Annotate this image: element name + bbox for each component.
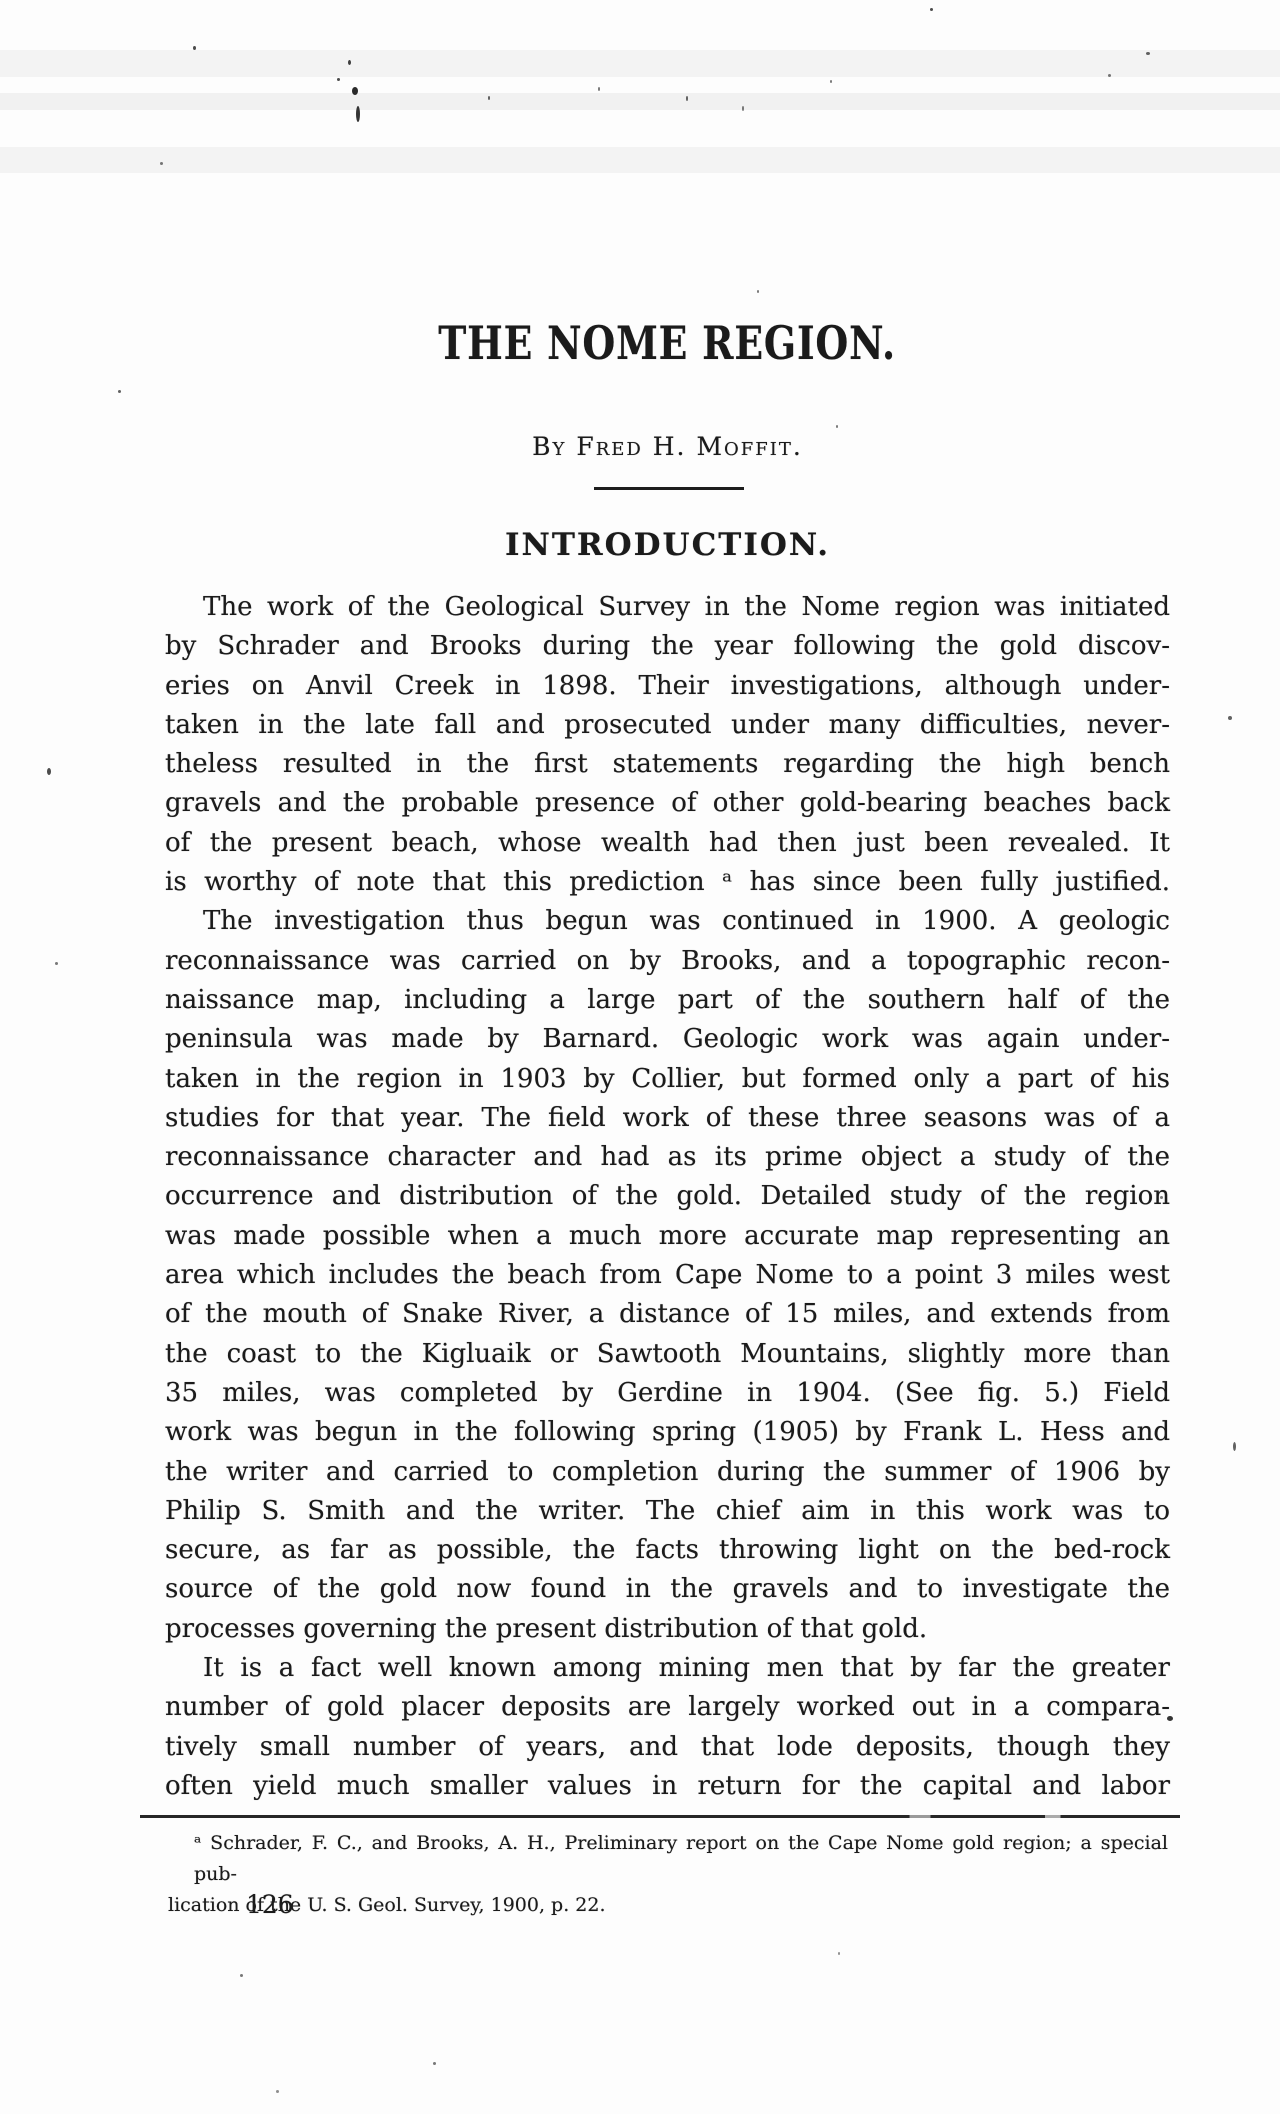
scan-speck (838, 1952, 840, 1955)
page-title-text: THE NOME REGION. (439, 320, 897, 366)
scan-speck (337, 78, 340, 81)
scan-speck (348, 60, 351, 65)
scan-speck (836, 425, 838, 428)
body-line: taken in the late fall and prosecuted un… (165, 706, 1170, 745)
body-line: 35 miles, was completed by Gerdine in 19… (165, 1374, 1170, 1413)
scan-speck (276, 2090, 279, 2093)
body-line: often yield much smaller values in retur… (165, 1767, 1170, 1806)
scan-artifact-band (0, 147, 1280, 173)
section-heading: INTRODUCTION. (165, 527, 1170, 563)
scan-speck (1167, 1716, 1173, 1721)
page-title: THE NOME REGION. (165, 320, 1170, 366)
scan-speck (1228, 716, 1232, 720)
body-line: area which includes the beach from Cape … (165, 1256, 1170, 1295)
body-line: eries on Anvil Creek in 1898. Their inve… (165, 667, 1170, 706)
scan-speck (1233, 1442, 1236, 1451)
scan-speck (55, 962, 58, 965)
scanned-page: THE NOME REGION. By Fred H. Moffit. INTR… (0, 0, 1280, 2114)
scan-speck (930, 8, 933, 11)
scan-speck (240, 1974, 243, 1977)
body-line: is worthy of note that this prediction ᵃ… (165, 863, 1170, 902)
scan-speck (47, 768, 51, 775)
scan-speck (433, 2062, 436, 2065)
scan-speck (1160, 1196, 1163, 1199)
scan-speck (356, 106, 360, 122)
body-line: tively small number of years, and that l… (165, 1728, 1170, 1767)
body-line: peninsula was made by Barnard. Geologic … (165, 1020, 1170, 1059)
body-line: the writer and carried to completion dur… (165, 1453, 1170, 1492)
scan-speck (193, 46, 196, 50)
body-line: gravels and the probable presence of oth… (165, 784, 1170, 823)
body-line: number of gold placer deposits are large… (165, 1688, 1170, 1727)
body-line: reconnaissance character and had as its … (165, 1138, 1170, 1177)
body-line: reconnaissance was carried on by Brooks,… (165, 942, 1170, 981)
body-line: processes governing the present distribu… (165, 1610, 1170, 1649)
body-line: It is a fact well known among mining men… (165, 1649, 1170, 1688)
body-text: The work of the Geological Survey in the… (165, 588, 1170, 1806)
scan-speck (742, 106, 744, 111)
body-line: taken in the region in 1903 by Collier, … (165, 1060, 1170, 1099)
body-line: occurrence and distribution of the gold.… (165, 1177, 1170, 1216)
body-line: source of the gold now found in the grav… (165, 1570, 1170, 1609)
scan-speck (160, 162, 163, 165)
body-line: The investigation thus begun was continu… (165, 902, 1170, 941)
body-line: of the mouth of Snake River, a distance … (165, 1295, 1170, 1334)
scan-artifact-band (0, 50, 1280, 77)
divider-rule (594, 487, 744, 490)
body-line: The work of the Geological Survey in the… (165, 588, 1170, 627)
body-line: by Schrader and Brooks during the year f… (165, 627, 1170, 666)
body-line: work was begun in the following spring (… (165, 1413, 1170, 1452)
scan-speck (757, 290, 759, 293)
footnote-line: lication of the U. S. Geol. Survey, 1900… (168, 1890, 1168, 1921)
body-line: the coast to the Kigluaik or Sawtooth Mo… (165, 1335, 1170, 1374)
body-line: theless resulted in the first statements… (165, 745, 1170, 784)
body-line: secure, as far as possible, the facts th… (165, 1531, 1170, 1570)
body-line: was made possible when a much more accur… (165, 1217, 1170, 1256)
footnote-rule (140, 1815, 1180, 1818)
scan-speck (488, 96, 490, 100)
scan-artifact-band (0, 93, 1280, 110)
body-line: naissance map, including a large part of… (165, 981, 1170, 1020)
body-line: Philip S. Smith and the writer. The chie… (165, 1492, 1170, 1531)
scan-speck (352, 87, 358, 95)
footnote: ᵃ Schrader, F. C., and Brooks, A. H., Pr… (168, 1828, 1168, 1921)
footnote-line: ᵃ Schrader, F. C., and Brooks, A. H., Pr… (168, 1828, 1168, 1890)
author-byline: By Fred H. Moffit. (165, 432, 1170, 461)
scan-speck (686, 96, 688, 101)
scan-speck (830, 80, 832, 83)
scan-speck (1108, 74, 1111, 77)
scan-speck (598, 87, 600, 91)
scan-speck (1146, 52, 1150, 55)
body-line: studies for that year. The field work of… (165, 1099, 1170, 1138)
page-number: 126 (246, 1890, 294, 1919)
body-line: of the present beach, whose wealth had t… (165, 824, 1170, 863)
scan-speck (118, 390, 121, 393)
